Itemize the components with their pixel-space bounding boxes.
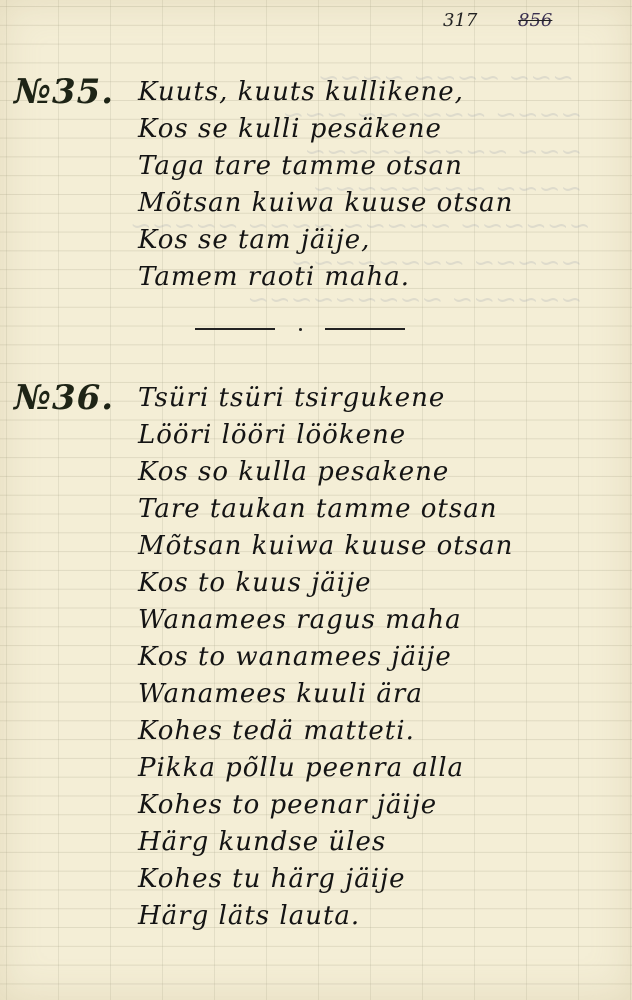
poem-line: Tare taukan tamme otsan: [138, 491, 513, 528]
separator-dash: [195, 328, 275, 330]
separator-dot: [299, 328, 302, 331]
poem-line: Taga tare tamme otsan: [138, 148, 513, 185]
separator-dash: [325, 328, 405, 330]
manuscript-page: ~~~ ~~~~ ~~~~ ~~~~ ~~~~~~ ~~~ ~~~ ~~~~ ~…: [0, 0, 632, 1000]
poem-line: Kuuts, kuuts kullikene,: [138, 74, 513, 111]
poem-line: Tamem raoti maha.: [138, 259, 513, 296]
poem-number: №35.: [14, 72, 114, 112]
poem-line: Kohes tedä matteti.: [138, 713, 513, 750]
poem-line: Kos se tam jäije,: [138, 222, 513, 259]
poem-line: Kos so kulla pesakene: [138, 454, 513, 491]
poem-line: Härg kundse üles: [138, 824, 513, 861]
poem-line: Kos to wanamees jäije: [138, 639, 513, 676]
poem-line: Lööri lööri löökene: [138, 417, 513, 454]
poem-line: Mõtsan kuiwa kuuse otsan: [138, 528, 513, 565]
poem-number: №36.: [14, 378, 114, 418]
poem-line: Pikka põllu peenra alla: [138, 750, 513, 787]
poem-line: Wanamees ragus maha: [138, 602, 513, 639]
poem-36: Tsüri tsüri tsirgukene Lööri lööri lööke…: [138, 380, 513, 935]
section-separator: [195, 327, 405, 331]
poem-line: Tsüri tsüri tsirgukene: [138, 380, 513, 417]
poem-line: Kos se kulli pesäkene: [138, 111, 513, 148]
folio-number: 317: [443, 10, 477, 31]
poem-line: Kohes tu härg jäije: [138, 861, 513, 898]
poem-35: Kuuts, kuuts kullikene, Kos se kulli pes…: [138, 74, 513, 296]
poem-line: Härg läts lauta.: [138, 898, 513, 935]
poem-line: Wanamees kuuli ära: [138, 676, 513, 713]
poem-line: Kohes to peenar jäije: [138, 787, 513, 824]
poem-line: Mõtsan kuiwa kuuse otsan: [138, 185, 513, 222]
folio-number-crossed-out: 856: [518, 10, 552, 31]
poem-line: Kos to kuus jäije: [138, 565, 513, 602]
